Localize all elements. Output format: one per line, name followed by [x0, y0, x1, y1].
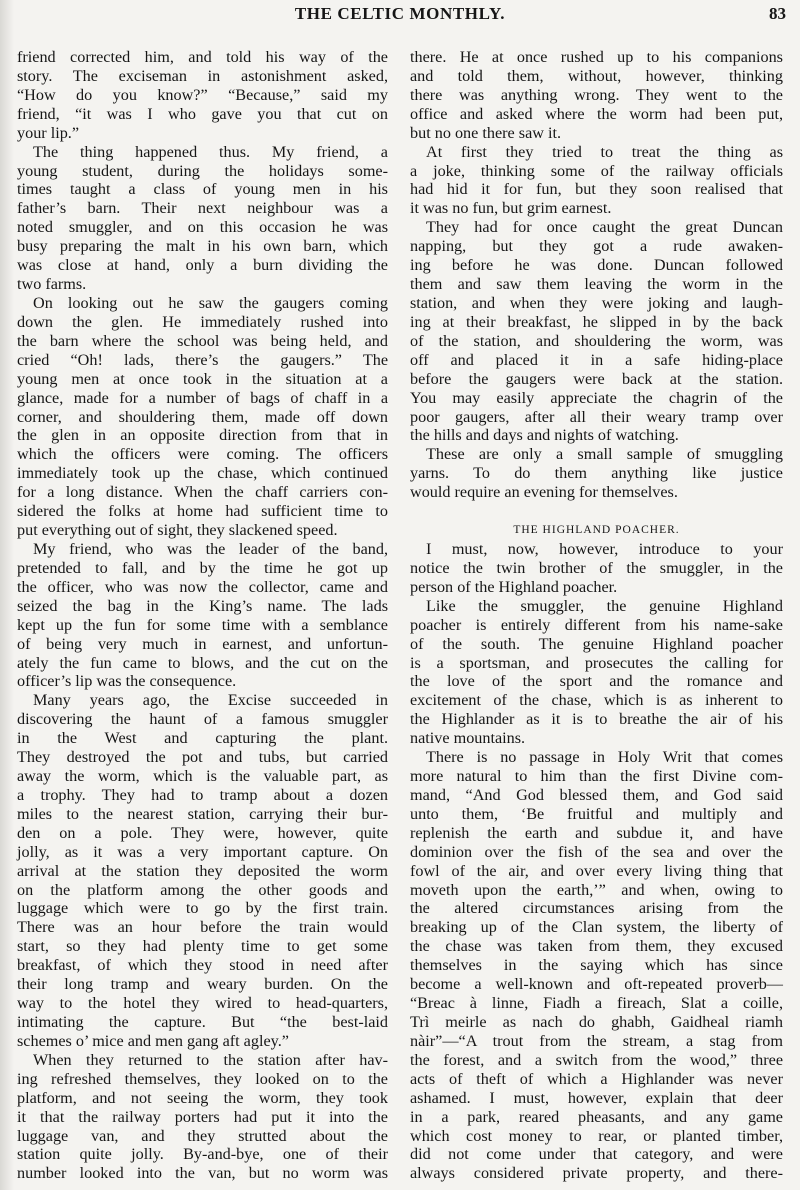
text-line: ashamed. I must, however, explain that d…	[410, 1089, 783, 1108]
text-line: which the officers were coming. The offi…	[17, 445, 388, 464]
text-line: is a sportsman, and prosecutes the calli…	[410, 654, 783, 673]
text-line: “Breac à linne, Fiadh a fireach, Slat a …	[410, 994, 783, 1013]
text-line: kept up the fun for some time with a sem…	[17, 616, 388, 635]
text-line: “How do you know?” “Because,” said my	[17, 86, 388, 105]
text-line: fowl of the air, and over every living t…	[410, 862, 783, 881]
text-line: I must, now, however, introduce to your	[410, 540, 783, 559]
left-column: friend corrected him, and told his way o…	[17, 48, 388, 1183]
text-line: the altered circumstances arising from t…	[410, 899, 783, 918]
text-line: replenish the earth and subdue it, and h…	[410, 824, 783, 843]
text-line: On looking out he saw the gaugers coming	[17, 294, 388, 313]
text-line: moveth upon the earth,’” and when, owing…	[410, 881, 783, 900]
text-line: When they returned to the station after …	[17, 1051, 388, 1070]
text-line: glance, made for a number of bags of cha…	[17, 389, 388, 408]
text-line: platform, and not seeing the worm, they …	[17, 1089, 388, 1108]
text-line: in the West and capturing the plant.	[17, 729, 388, 748]
text-line: but no one there saw it.	[410, 124, 783, 143]
text-line: They destroyed the pot and tubs, but car…	[17, 748, 388, 767]
text-line: the barn where the school was being held…	[17, 332, 388, 351]
text-line: excitement of the chase, which is as inh…	[410, 691, 783, 710]
page-number: 83	[769, 4, 786, 24]
text-line: and told them, without, however, thinkin…	[410, 67, 783, 86]
text-line: station, and when they were joking and l…	[410, 294, 783, 313]
text-line: officer’s lip was the consequence.	[17, 672, 388, 691]
text-line: off and placed it in a safe hiding-place	[410, 351, 783, 370]
text-line: there. He at once rushed up to his compa…	[410, 48, 783, 67]
text-line: yarns. To do them anything like justice	[410, 464, 783, 483]
text-line: sidered the folks at home had sufficient…	[17, 502, 388, 521]
text-line: busy preparing the malt in his own barn,…	[17, 237, 388, 256]
text-line: arrival at the station they deposited th…	[17, 862, 388, 881]
text-line: them and saw them leaving the worm in th…	[410, 275, 783, 294]
text-line: The thing happened thus. My friend, a	[17, 143, 388, 162]
text-line: Like the smuggler, the genuine Highland	[410, 597, 783, 616]
text-line: notice the twin brother of the smuggler,…	[410, 559, 783, 578]
text-line: before the gaugers were back at the stat…	[410, 370, 783, 389]
text-line: number looked into the van, but no worm …	[17, 1164, 388, 1183]
text-line: You may easily appreciate the chagrin of…	[410, 389, 783, 408]
text-line: These are only a small sample of smuggli…	[410, 445, 783, 464]
text-line: dominion over the fish of the sea and ov…	[410, 843, 783, 862]
text-line: the glen in an opposite direction from t…	[17, 426, 388, 445]
text-line: Many years ago, the Excise succeeded in	[17, 691, 388, 710]
text-line: ately the fun came to blows, and the cut…	[17, 654, 388, 673]
text-line: ing refreshed themselves, they looked on…	[17, 1070, 388, 1089]
text-line: poacher is entirely different from his n…	[410, 616, 783, 635]
text-line: poor gaugers, after all their weary tram…	[410, 408, 783, 427]
text-line: native mountains.	[410, 729, 783, 748]
text-line: way to the hotel they wired to head-quar…	[17, 994, 388, 1013]
text-line: There was an hour before the train would	[17, 918, 388, 937]
text-line: pretended to fall, and by the time he go…	[17, 559, 388, 578]
text-line: a trophy. They had to tramp about a doze…	[17, 786, 388, 805]
text-line: the forest, and a switch from the wood,”…	[410, 1051, 783, 1070]
text-line: napping, but they got a rude awaken-	[410, 237, 783, 256]
text-line: of being very much in earnest, and unfor…	[17, 635, 388, 654]
text-line: breakfast, of which they stood in need a…	[17, 956, 388, 975]
text-line: two farms.	[17, 275, 388, 294]
text-line: story. The exciseman in astonishment ask…	[17, 67, 388, 86]
text-line: was close at hand, only a burn dividing …	[17, 256, 388, 275]
text-line: intimating the capture. But “the best-la…	[17, 1013, 388, 1032]
text-line: it was no fun, but grim earnest.	[410, 199, 783, 218]
text-line: it that the railway porters had put it i…	[17, 1108, 388, 1127]
text-line: on the platform among the other goods an…	[17, 881, 388, 900]
text-line: cried “Oh! lads, there’s the gaugers.” T…	[17, 351, 388, 370]
text-line: their long tramp and weary burden. On th…	[17, 975, 388, 994]
text-line: Trì meirle as nach do ghabh, Gaidheal ri…	[410, 1013, 783, 1032]
text-line: There is no passage in Holy Writ that co…	[410, 748, 783, 767]
text-line: luggage which were to go by the first tr…	[17, 899, 388, 918]
text-line: friend, “it was I who gave you that cut …	[17, 105, 388, 124]
text-line: friend corrected him, and told his way o…	[17, 48, 388, 67]
right-column: there. He at once rushed up to his compa…	[410, 48, 783, 1183]
text-line: start, so they had plenty time to get so…	[17, 937, 388, 956]
text-line: acts of theft of which a Highlander was …	[410, 1070, 783, 1089]
text-line: miles to the nearest station, carrying t…	[17, 805, 388, 824]
text-line: immediately took up the chase, which con…	[17, 464, 388, 483]
text-line: unto them, ‘Be fruitful and multiply and	[410, 805, 783, 824]
text-line: of the south. The genuine Highland poach…	[410, 635, 783, 654]
running-header: THE CELTIC MONTHLY. 83	[0, 4, 800, 26]
text-line: discovering the haunt of a famous smuggl…	[17, 710, 388, 729]
text-line: away the worm, which is the valuable par…	[17, 767, 388, 786]
text-line: luggage van, and they strutted about the	[17, 1127, 388, 1146]
text-line: ing at their breakfast, he slipped in by…	[410, 313, 783, 332]
text-line: put everything out of sight, they slacke…	[17, 521, 388, 540]
text-line: office and asked where the worm had been…	[410, 105, 783, 124]
text-line: ing before he was done. Duncan followed	[410, 256, 783, 275]
text-line: become a well-known and oft-repeated pro…	[410, 975, 783, 994]
text-line: At first they tried to treat the thing a…	[410, 143, 783, 162]
text-line: a joke, thinking some of the railway off…	[410, 162, 783, 181]
text-line: times taught a class of young men in his	[17, 180, 388, 199]
text-line: down the glen. He immediately rushed int…	[17, 313, 388, 332]
text-line: nàir”—“A trout from the stream, a stag f…	[410, 1032, 783, 1051]
text-line: den on a pole. They were, however, quite	[17, 824, 388, 843]
text-line: always considered private property, and …	[410, 1164, 783, 1183]
text-line: They had for once caught the great Dunca…	[410, 218, 783, 237]
text-line: did not come under that category, and we…	[410, 1145, 783, 1164]
text-line: schemes o’ mice and men gang aft agley.”	[17, 1032, 388, 1051]
text-line: corner, and shouldering them, made off d…	[17, 408, 388, 427]
text-line: the Highlander as it is to breathe the a…	[410, 710, 783, 729]
page-edge-shadow	[0, 0, 14, 1190]
text-line: had hid it for fun, but they soon realis…	[410, 180, 783, 199]
text-line: the hills and days and nights of watchin…	[410, 426, 783, 445]
text-line: for a long distance. When the chaff carr…	[17, 483, 388, 502]
text-line: the love of the sport and the romance an…	[410, 672, 783, 691]
text-line: young student, during the holidays some-	[17, 162, 388, 181]
text-line: which cost money to rear, or planted tim…	[410, 1127, 783, 1146]
text-line: seized the bag in the King’s name. The l…	[17, 597, 388, 616]
section-heading: THE HIGHLAND POACHER.	[410, 521, 783, 540]
text-line: there was anything wrong. They went to t…	[410, 86, 783, 105]
text-line: person of the Highland poacher.	[410, 578, 783, 597]
text-line: breaking up of the Clan system, the libe…	[410, 918, 783, 937]
text-line: My friend, who was the leader of the ban…	[17, 540, 388, 559]
text-line: mand, “And God blessed them, and God sai…	[410, 786, 783, 805]
text-line: young men at once took in the situation …	[17, 370, 388, 389]
text-line: father’s barn. Their next neighbour was …	[17, 199, 388, 218]
text-line: station quite jolly. By-and-bye, one of …	[17, 1145, 388, 1164]
text-line: jolly, as it was a very important captur…	[17, 843, 388, 862]
text-line: your lip.”	[17, 124, 388, 143]
text-line: themselves in the saying which has since	[410, 956, 783, 975]
text-line: more natural to him than the first Divin…	[410, 767, 783, 786]
text-line: would require an evening for themselves.	[410, 483, 783, 502]
text-line: of the station, and shouldering the worm…	[410, 332, 783, 351]
text-line: in a park, reared pheasants, and any gam…	[410, 1108, 783, 1127]
journal-title: THE CELTIC MONTHLY.	[0, 4, 800, 24]
right-column-text-after-heading: I must, now, however, introduce to yourn…	[410, 540, 783, 1183]
text-line: noted smuggler, and on this occasion he …	[17, 218, 388, 237]
text-line: the chase was taken from them, they excu…	[410, 937, 783, 956]
right-column-text-before-heading: there. He at once rushed up to his compa…	[410, 48, 783, 502]
text-line: the officer, who was now the collector, …	[17, 578, 388, 597]
